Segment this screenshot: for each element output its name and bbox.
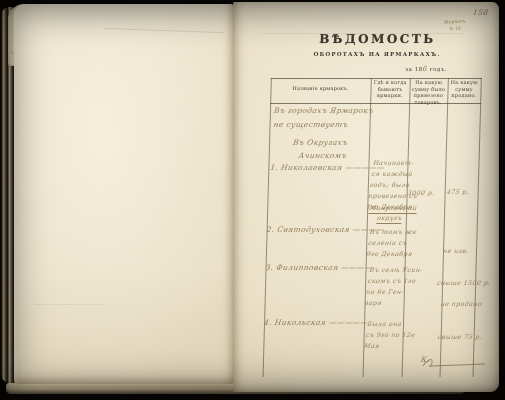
column-header-goods-brought: На какую сумму было привезено товаровъ. [410,80,447,106]
left-blank-page [14,4,233,384]
handwritten-note-line-2: не существуетъ [273,120,349,129]
where-line: съ 9го по 12е [365,330,416,341]
where-line: Въ томъ же [369,227,418,238]
fair-row-where: Въ томъ же селеніи съ 9го Декабря [366,227,418,260]
year-line: за 186 годъ. [351,65,447,73]
column-header-fair-name: Названіе ярмарокъ. [272,86,368,93]
where-line: Мая [363,341,414,352]
fair-row-name: 3. Филипповская ———— [265,263,374,272]
page-content: ВѢДОМОСТЬ ОБОРОТАХЪ НА ЯРМАРКАХЪ. за 186… [222,2,499,392]
handwritten-note-line-1: Въ городахъ Ярмарокъ [273,106,374,115]
amount-sold: не изв. [443,248,470,255]
where-line: 9го Декабря [366,249,415,260]
where-line: Въ селѣ Усин- [369,265,424,276]
column-header-where-when: Гдѣ и когда бываютъ ярмарки. [371,80,409,100]
amount-sold: свыше 1500 р. [437,280,491,287]
amount-sold: свыше 75 р. [437,334,483,341]
table-header-rule [270,103,481,104]
paper-crease [104,28,224,33]
table-vertical-line [473,78,482,377]
handwritten-section-line-1: Въ Округахъ [292,138,348,147]
table-vertical-line [440,78,449,377]
paper-crease [34,304,104,305]
where-line: Начинает- [372,158,423,169]
fair-row-where: Въ селѣ Усин- скомъ съ 1го по 6е Ген- ва… [364,265,424,309]
document-subtitle: ОБОРОТАХЪ НА ЯРМАРКАХЪ. [271,52,482,58]
where-line: Была она [367,319,418,330]
amount-sold-note: не продано [440,301,482,308]
scanned-book-photo: 158 Журналъ № 16 ВѢДОМОСТЬ ОБОРОТАХЪ НА … [0,0,505,400]
where-line: варя [364,298,419,309]
amount-sold: 475 р. [446,189,470,196]
table-border-top [271,78,482,79]
handwritten-subheading: округъ [376,215,402,224]
signature-flourish [419,354,490,372]
subheading-line: Минусинскій [369,205,418,214]
fair-row-name: 4. Никольская ————— [263,318,369,327]
fair-row-where: Была она съ 9го по 12е Мая [363,319,417,352]
year-suffix: годъ. [427,67,447,73]
document-title: ВѢДОМОСТЬ [272,32,483,46]
amount-brought: 3000 р. [407,190,435,197]
handwritten-section-line-2: Ачинскомъ [298,151,347,160]
where-line: скомъ съ 1го [367,276,422,287]
subheading-line: округъ [376,215,402,224]
where-line: ся каждый [371,169,422,180]
column-header-goods-sold: На какую сумму продано. [448,80,480,100]
handwritten-subheading: Минусинскій [369,205,418,214]
ledger-page: 158 Журналъ № 16 ВѢДОМОСТЬ ОБОРОТАХЪ НА … [233,2,499,392]
fair-row-name: 2. Святодуховская ———— [266,225,385,234]
year-prefix: за 18 [405,67,423,73]
where-line: селеніи съ [367,238,416,249]
where-line: по 6е Ген- [365,287,420,298]
fair-row-name: 1. Николаевская ————— [270,163,386,172]
